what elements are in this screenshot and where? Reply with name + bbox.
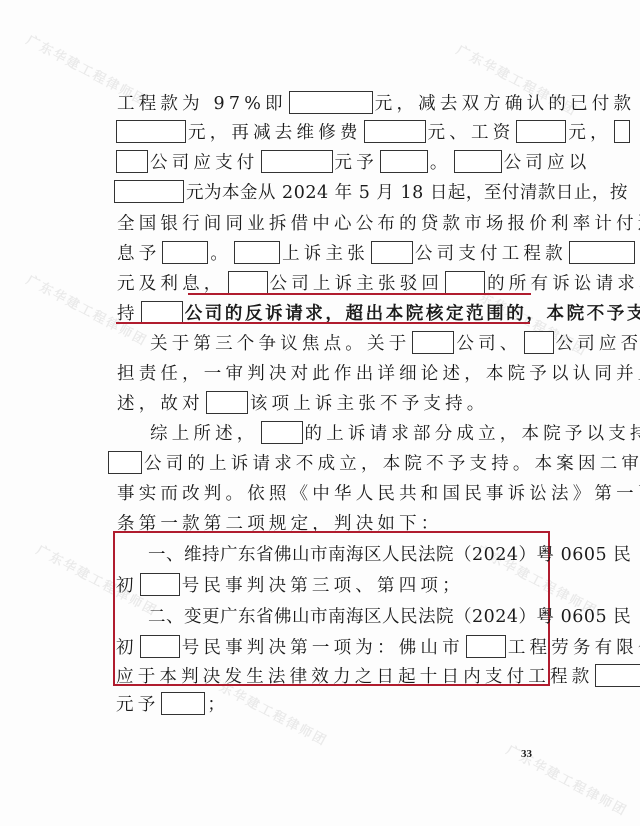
- redacted-box: [380, 150, 428, 173]
- text: 担责任，一审判决对此作出详细论述，本院予以认同并且不再赘: [117, 364, 640, 384]
- text: 元，再减去维修费: [188, 123, 362, 143]
- red-underline: [116, 322, 530, 324]
- text: 持: [117, 304, 139, 324]
- redacted-box: [234, 241, 280, 264]
- text: 综上所述，: [150, 424, 259, 444]
- text: 。: [210, 244, 232, 264]
- text: 述，故对: [117, 394, 204, 414]
- redacted-box: [569, 241, 635, 264]
- text: 上诉主张: [282, 244, 369, 264]
- text: 公司应否承: [556, 334, 640, 354]
- text: 工程款为 97%即: [117, 94, 287, 114]
- text: 的上诉请求部分成立，本院予以支持。: [305, 424, 640, 444]
- text: 元、工资: [428, 123, 515, 143]
- redacted-box: [595, 664, 640, 687]
- redacted-box: [466, 635, 506, 658]
- text-line: 综上所述，的上诉请求部分成立，本院予以支持。: [150, 417, 640, 451]
- text: 初: [116, 576, 138, 596]
- text: 公司应以: [504, 153, 591, 173]
- text: 号民事判决第三项、第四项；: [182, 576, 464, 596]
- text-line: 事实而改判。依照《中华人民共和国民事诉讼法》第一百七十七: [117, 477, 640, 511]
- redacted-box: [454, 150, 502, 173]
- redacted-box: [412, 331, 454, 354]
- text: 公司上诉主张驳回: [270, 274, 444, 294]
- redacted-box: [114, 180, 184, 203]
- text: 元，: [568, 123, 611, 143]
- redacted-box: [161, 692, 205, 715]
- text: 一、维持广东省佛山市南海区人民法院（2024）粤 0605 民: [148, 545, 631, 565]
- redacted-box: [108, 451, 142, 474]
- redacted-box: [116, 150, 148, 173]
- redacted-box: [445, 271, 485, 294]
- redacted-box: [614, 120, 630, 143]
- text: 应于本判决发生法律效力之日起十日内支付工程款: [116, 667, 593, 687]
- redacted-box: [371, 241, 413, 264]
- text: 关于第三个争议焦点。关于: [150, 334, 410, 354]
- redacted-box: [228, 271, 268, 294]
- text: 息予: [117, 244, 160, 264]
- text-line: 元为本金从 2024 年 5 月 18 日起，至付清款日止，按: [112, 176, 628, 210]
- redacted-box: [364, 120, 426, 143]
- redacted-box: [141, 301, 183, 324]
- text: 公司、: [456, 334, 521, 354]
- text: 公司的反诉请求，超出本院核定范围的，本院不予支持。: [185, 304, 640, 324]
- redacted-box: [206, 391, 248, 414]
- text: ；: [207, 695, 229, 715]
- text: 公司的上诉请求不成立，本院不予支持。本案因二审出现新: [144, 454, 640, 474]
- redacted-box: [524, 331, 554, 354]
- text: 初: [116, 638, 138, 658]
- text: 元，减去双方确认的已付款: [375, 94, 635, 114]
- text: 元及利息，: [117, 274, 226, 294]
- text: 事实而改判。依照《中华人民共和国民事诉讼法》第一百七十七: [117, 484, 640, 504]
- text: 公司应支付: [150, 153, 259, 173]
- redacted-box: [289, 91, 373, 114]
- redacted-box: [116, 120, 186, 143]
- text-line: 元予；: [116, 688, 229, 722]
- text: 公司支付工程款: [415, 244, 567, 264]
- text: 元予: [116, 695, 159, 715]
- red-underline: [188, 293, 531, 295]
- text-line: 公司应支付元予。公司应以: [114, 146, 590, 180]
- redacted-box: [140, 635, 180, 658]
- text-line: 持公司的反诉请求，超出本院核定范围的，本院不予支持。: [117, 297, 640, 331]
- document-page: 广东华建工程律师团 广东华建工程律师团 广东华建工程律师团 广东华建工程律师团 …: [0, 0, 640, 826]
- text: 的所有诉讼请求、支: [487, 274, 640, 294]
- text-line: 二、变更广东省佛山市南海区人民法院（2024）粤 0605 民: [148, 600, 631, 634]
- text-line: 全国银行间同业拆借中心公布的贷款市场报价利率计付逾期利: [117, 207, 640, 241]
- text: 全国银行间同业拆借中心公布的贷款市场报价利率计付逾期利: [117, 214, 640, 234]
- redacted-box: [162, 241, 208, 264]
- text-line: 元，再减去维修费元、工资元，: [114, 116, 632, 150]
- redacted-box: [140, 573, 180, 596]
- text-line: 初号民事判决第三项、第四项；: [116, 569, 464, 603]
- text-line: 公司的上诉请求不成立，本院不予支持。本案因二审出现新: [106, 447, 640, 481]
- text: 该项上诉主张不予支持。: [250, 394, 489, 414]
- text: 工程劳务有限公司: [508, 638, 640, 658]
- text-line: 息予。上诉主张公司支付工程款: [117, 237, 637, 271]
- page-number: 33: [521, 748, 532, 760]
- text: 。: [430, 153, 452, 173]
- text: 号民事判决第一项为：佛山市: [182, 638, 464, 658]
- text-line: 述，故对该项上诉主张不予支持。: [117, 387, 489, 421]
- redacted-box: [261, 421, 303, 444]
- text-line: 一、维持广东省佛山市南海区人民法院（2024）粤 0605 民: [148, 538, 631, 572]
- text-line: 担责任，一审判决对此作出详细论述，本院予以认同并且不再赘: [117, 357, 640, 391]
- text-line: 元及利息，公司上诉主张驳回的所有诉讼请求、支: [117, 267, 640, 301]
- text: 元为本金从 2024 年 5 月 18 日起，至付清款日止，按: [186, 183, 628, 203]
- redacted-box: [261, 150, 333, 173]
- text-line: 关于第三个争议焦点。关于公司、公司应否承: [150, 327, 640, 361]
- text: 元予: [335, 153, 378, 173]
- redacted-box: [516, 120, 566, 143]
- text: 二、变更广东省佛山市南海区人民法院（2024）粤 0605 民: [148, 607, 631, 627]
